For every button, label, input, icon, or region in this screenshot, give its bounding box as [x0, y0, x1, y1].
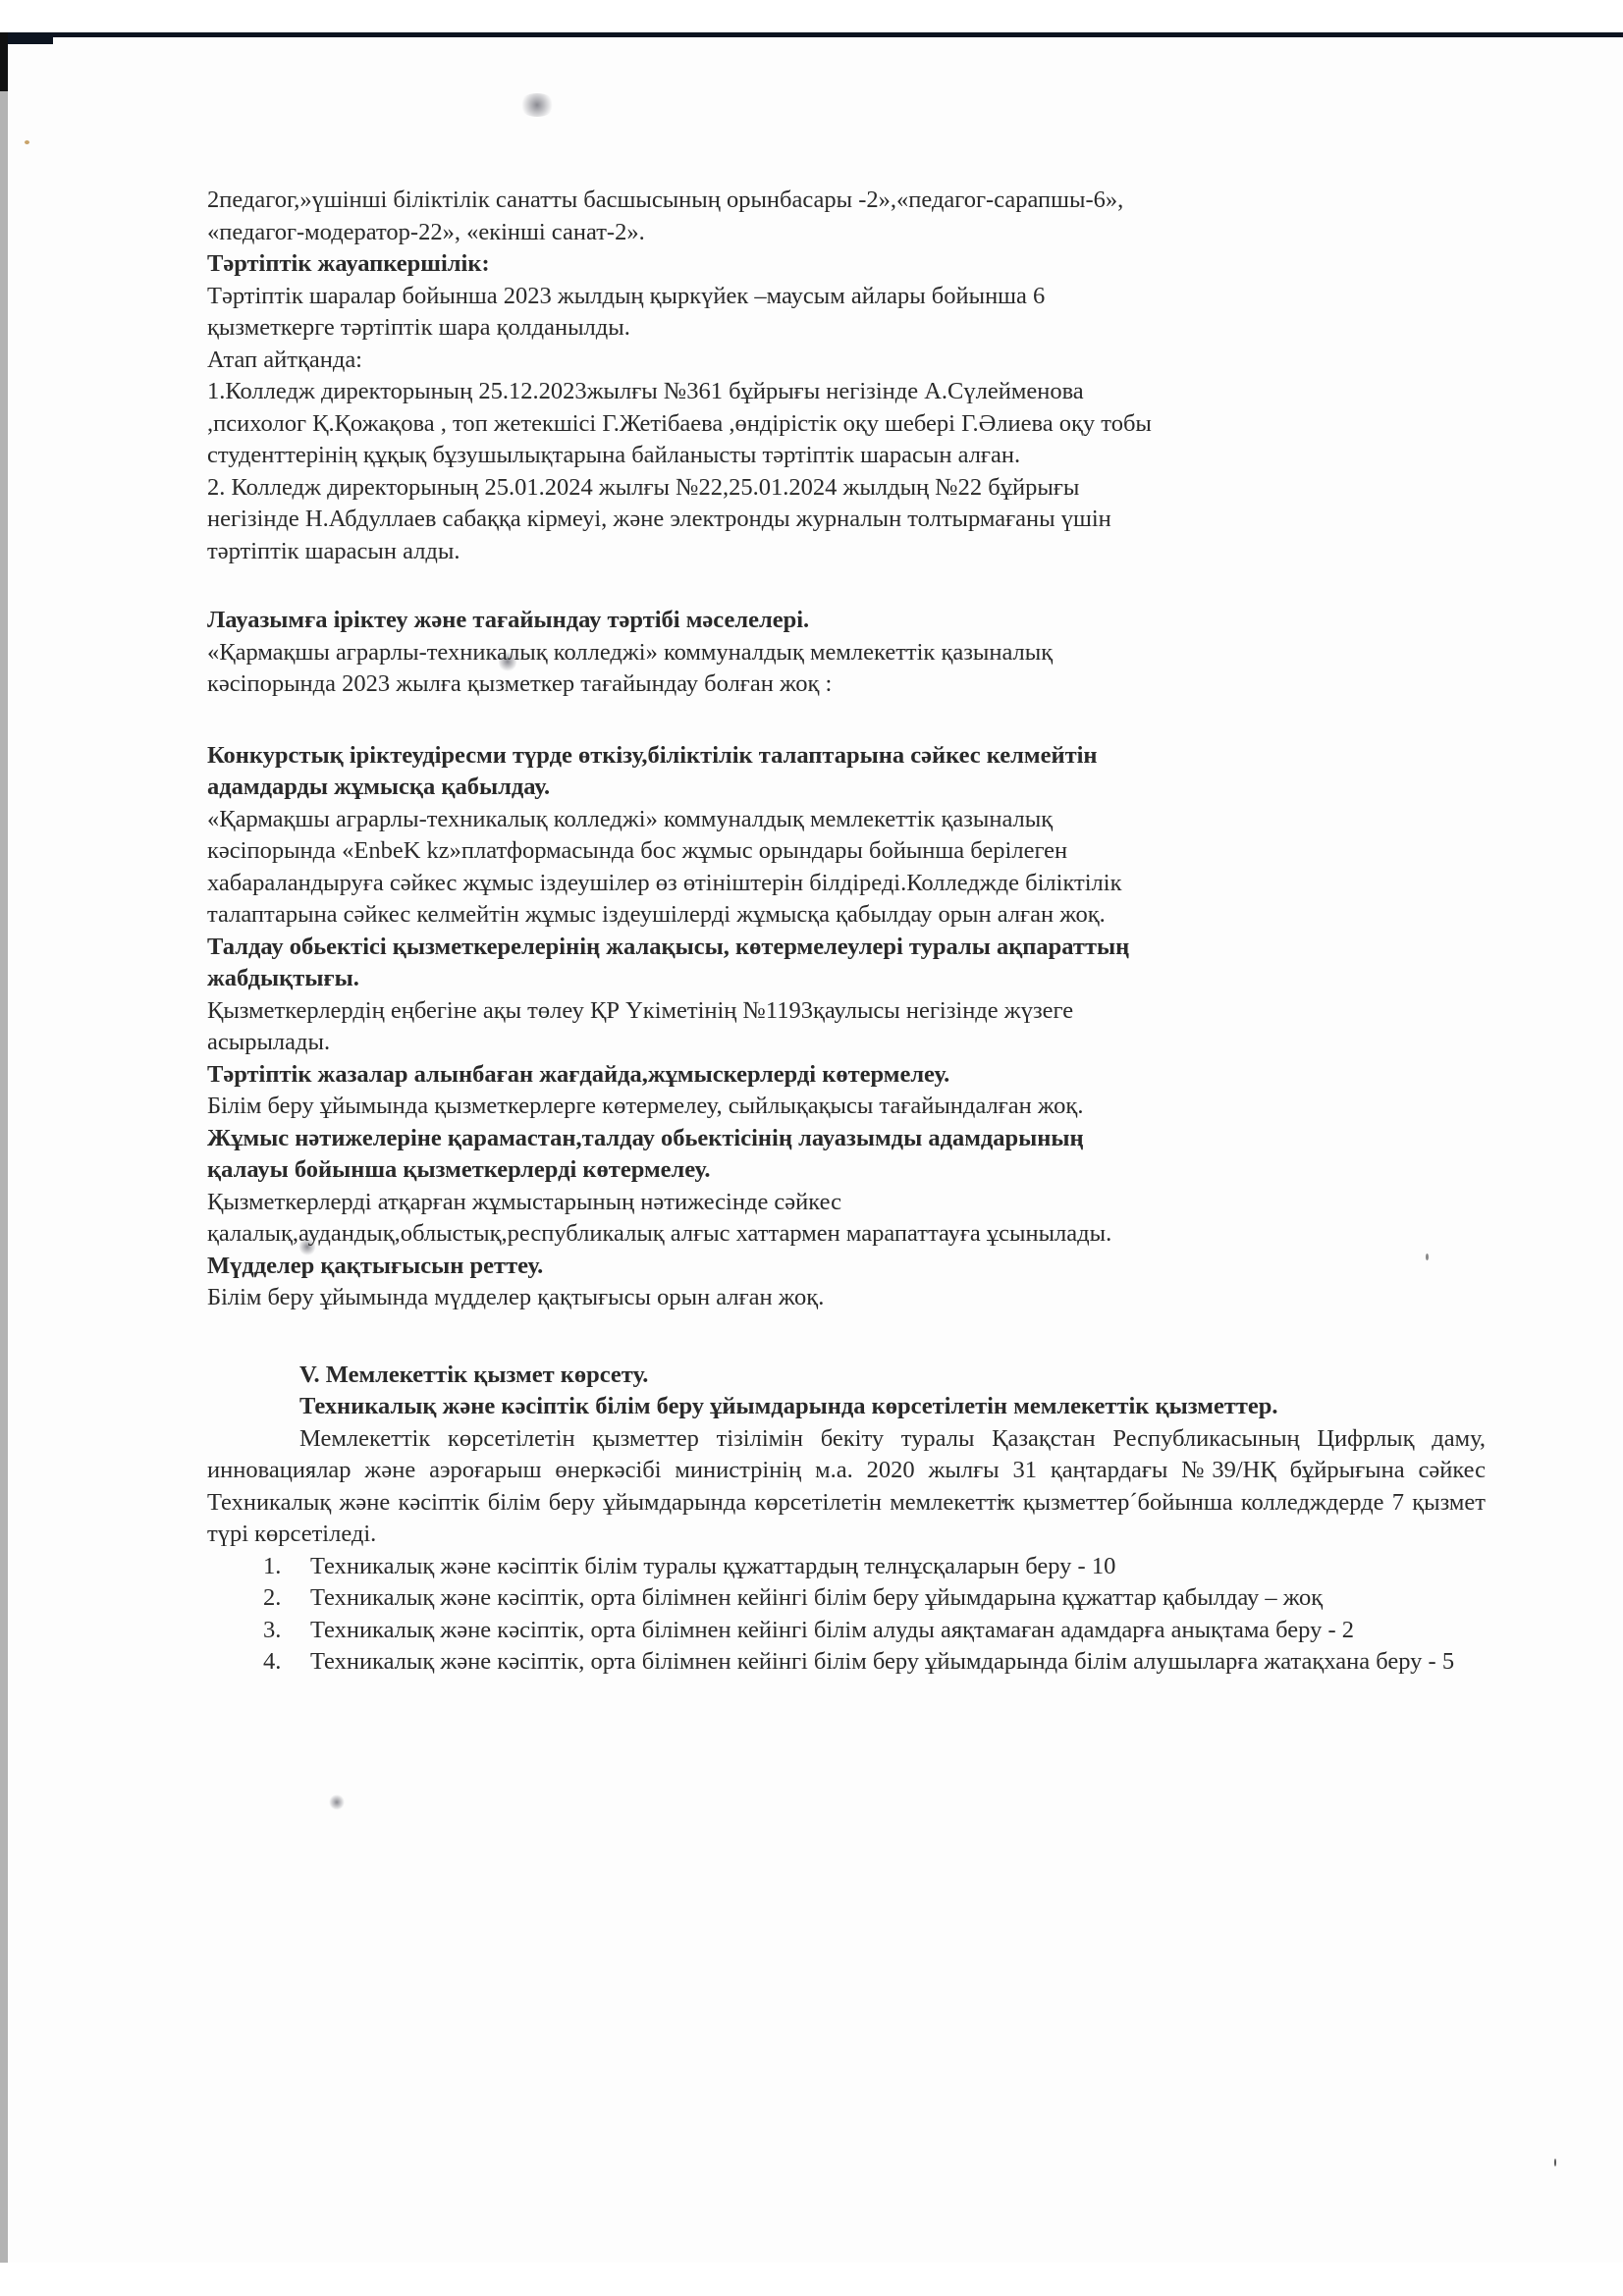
section-heading-promotion-officials: Жұмыс нәтижелеріне қарамастан,талдау обь…	[207, 1123, 1486, 1155]
service-item: 1.Техникалық және кәсіптік білім туралы …	[207, 1551, 1486, 1583]
text-line: негізінде Н.Абдуллаев сабаққа кірмеуі, ж…	[207, 504, 1486, 536]
text-line: Білім беру ұйымында мүдделер қақтығысы о…	[207, 1282, 1486, 1314]
text-line: талаптарына сәйкес келмейтін жұмыс іздеу…	[207, 899, 1486, 932]
text-line: хабараландыруға сәйкес жұмыс іздеушілер …	[207, 868, 1486, 900]
scan-left-edge	[0, 91, 8, 2263]
spacer	[207, 1314, 1486, 1346]
list-number: 4.	[263, 1646, 281, 1679]
section-v-paragraph: Мемлекеттік көрсетілетін қызметтер тізіл…	[207, 1423, 1486, 1551]
service-text: Техникалық және кәсіптік, орта білімнен …	[310, 1617, 1354, 1643]
service-text: Техникалық және кәсіптік, орта білімнен …	[310, 1584, 1323, 1611]
services-list: 1.Техникалық және кәсіптік білім туралы …	[207, 1551, 1486, 1679]
list-number: 3.	[263, 1615, 281, 1647]
section-heading-competition: адамдарды жұмысқа қабылдау.	[207, 772, 1486, 804]
service-item: 2.Техникалық және кәсіптік, орта білімне…	[207, 1582, 1486, 1615]
section-heading-selection: Лауазымға іріктеу және тағайындау тәртіб…	[207, 605, 1486, 637]
text-line: тәртіптік шарасын алды.	[207, 536, 1486, 568]
section-v-subtitle: Техникалық және кәсіптік білім беру ұйым…	[207, 1391, 1486, 1423]
text-line: кәсіпорында 2023 жылға қызметкер тағайын…	[207, 668, 1486, 701]
scan-smudge	[329, 1794, 345, 1810]
scan-speck	[1554, 2159, 1556, 2166]
text-line: 1.Колледж директорының 25.12.2023жылғы №…	[207, 376, 1486, 408]
section-heading-salary: жабдықтығы.	[207, 963, 1486, 995]
document-body: 2педагог,»үшінші біліктілік санатты басш…	[207, 185, 1486, 1679]
service-item: 4.Техникалық және кәсіптік, орта білімне…	[207, 1646, 1486, 1679]
scan-corner-mark	[0, 32, 53, 44]
text-line: «педагог-модератор-22», «екінші санат-2»…	[207, 217, 1486, 249]
section-heading-promotion: Тәртіптік жазалар алынбаған жағдайда,жұм…	[207, 1059, 1486, 1092]
scan-left-edge-dark	[0, 32, 8, 91]
list-number: 2.	[263, 1582, 281, 1615]
list-number: 1.	[263, 1551, 281, 1583]
text-line: Атап айтқанда:	[207, 345, 1486, 377]
section-heading-promotion-officials: қалауы бойынша қызметкерлерді көтермелеу…	[207, 1154, 1486, 1187]
text-line: студенттерінің құқық бұзушылықтарына бай…	[207, 440, 1486, 472]
spacer	[207, 567, 1486, 599]
scan-top-edge	[0, 32, 1623, 37]
scan-speck	[25, 140, 29, 144]
section-heading-discipline: Тәртіптік жауапкершілік:	[207, 248, 1486, 281]
service-text: Техникалық және кәсіптік, орта білімнен …	[310, 1648, 1454, 1675]
text-line: «Қармақшы аграрлы-техникалық колледжі» к…	[207, 804, 1486, 836]
section-heading-conflict: Мүдделер қақтығысын реттеу.	[207, 1251, 1486, 1283]
section-heading-salary: Талдау обьектісі қызметкерелерінің жалақ…	[207, 932, 1486, 964]
text-line: Білім беру ұйымында қызметкерлерге көтер…	[207, 1091, 1486, 1123]
text-line: 2педагог,»үшінші біліктілік санатты басш…	[207, 185, 1486, 217]
section-heading-competition: Конкурстық іріктеудіресми түрде өткізу,б…	[207, 740, 1486, 773]
text-line: кәсіпорында «EnbeK kz»платформасында бос…	[207, 835, 1486, 868]
service-item: 3.Техникалық және кәсіптік, орта білімне…	[207, 1615, 1486, 1647]
text-line: қалалық,аудандық,облыстық,республикалық …	[207, 1218, 1486, 1251]
text-line: Қызметкерлердің еңбегіне ақы төлеу ҚР Үк…	[207, 995, 1486, 1028]
text-line: 2. Колледж директорының 25.01.2024 жылғы…	[207, 472, 1486, 505]
scan-smudge	[518, 93, 556, 117]
text-line: асырылады.	[207, 1027, 1486, 1059]
spacer	[207, 701, 1486, 732]
text-line: ,психолог Қ.Қожақова , топ жетекшісі Г.Ж…	[207, 408, 1486, 441]
service-text: Техникалық және кәсіптік білім туралы құ…	[310, 1553, 1115, 1579]
text-line: «Қармақшы аграрлы-техникалық колледжі» к…	[207, 637, 1486, 669]
section-v-title: V. Мемлекеттік қызмет көрсету.	[207, 1360, 1486, 1392]
text-line: Тәртіптік шаралар бойынша 2023 жылдың қы…	[207, 281, 1486, 313]
text-line: қызметкерге тәртіптік шара қолданылды.	[207, 312, 1486, 345]
text-line: Қызметкерлерді атқарған жұмыстарының нәт…	[207, 1187, 1486, 1219]
